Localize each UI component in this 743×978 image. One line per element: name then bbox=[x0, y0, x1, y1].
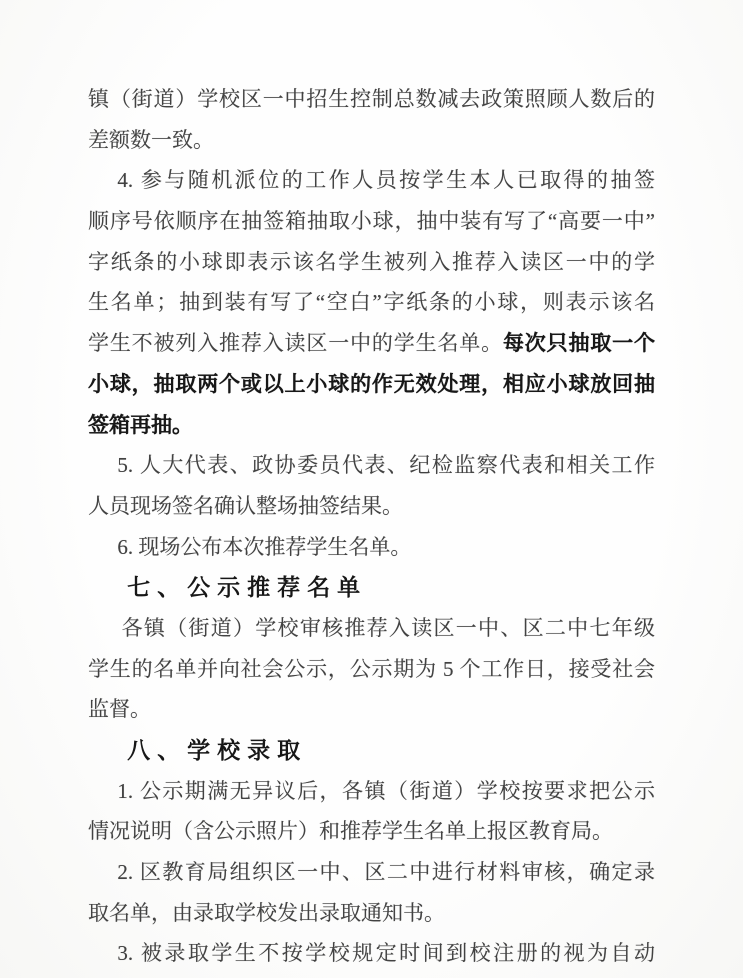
section-heading: 七、公示推荐名单 bbox=[88, 567, 655, 608]
text-line: 1. 公示期满无异议后，各镇（街道）学校按要求把公示 bbox=[88, 771, 655, 812]
text-line: 取名单，由录取学校发出录取通知书。 bbox=[88, 893, 655, 934]
text-segment: 取名单，由录取学校发出录取通知书。 bbox=[88, 901, 445, 925]
text-line: 学生不被列入推荐入读区一中的学生名单。每次只抽取一个 bbox=[88, 323, 655, 364]
text-segment: 2. 区教育局组织区一中、区二中进行材料审核，确定录 bbox=[117, 860, 655, 884]
text-line: 3. 被录取学生不按学校规定时间到校注册的视为自动 bbox=[88, 933, 655, 974]
text-segment: 镇（街道）学校区一中招生控制总数减去政策照顾人数后的 bbox=[88, 87, 655, 111]
text-line: 人员现场签名确认整场抽签结果。 bbox=[88, 486, 655, 527]
text-segment: 顺序号依顺序在抽签箱抽取小球，抽中装有写了“高要一中” bbox=[88, 209, 655, 233]
text-segment: 差额数一致。 bbox=[88, 128, 214, 152]
text-line: 情况说明（含公示照片）和推荐学生名单上报区教育局。 bbox=[88, 811, 655, 852]
bold-text-segment: 每次只抽取一个 bbox=[503, 331, 655, 355]
text-line: 2. 区教育局组织区一中、区二中进行材料审核，确定录 bbox=[88, 852, 655, 893]
document-content: 镇（街道）学校区一中招生控制总数减去政策照顾人数后的差额数一致。4. 参与随机派… bbox=[88, 79, 655, 974]
text-line: 顺序号依顺序在抽签箱抽取小球，抽中装有写了“高要一中” bbox=[88, 201, 655, 242]
section-heading: 八、学校录取 bbox=[88, 730, 655, 771]
bold-text-segment: 小球，抽取两个或以上小球的作无效处理，相应小球放回抽 bbox=[88, 372, 655, 396]
bold-text-segment: 签箱再抽。 bbox=[88, 413, 193, 437]
text-segment: 6. 现场公布本次推荐学生名单。 bbox=[117, 535, 411, 559]
text-line: 4. 参与随机派位的工作人员按学生本人已取得的抽签 bbox=[88, 160, 655, 201]
text-line: 5. 人大代表、政协委员代表、纪检监察代表和相关工作 bbox=[88, 445, 655, 486]
text-line: 签箱再抽。 bbox=[88, 405, 655, 446]
text-segment: 4. 参与随机派位的工作人员按学生本人已取得的抽签 bbox=[117, 168, 655, 192]
bold-text-segment: 八、学校录取 bbox=[127, 737, 307, 763]
text-segment: 各镇（街道）学校审核推荐入读区一中、区二中七年级 bbox=[122, 616, 655, 640]
bold-text-segment: 七、公示推荐名单 bbox=[127, 574, 367, 600]
text-line: 生名单；抽到装有写了“空白”字纸条的小球，则表示该名 bbox=[88, 282, 655, 323]
document-page: 镇（街道）学校区一中招生控制总数减去政策照顾人数后的差额数一致。4. 参与随机派… bbox=[0, 0, 743, 978]
text-segment: 学生的名单并向社会公示，公示期为 5 个工作日，接受社会 bbox=[88, 657, 655, 681]
text-segment: 字纸条的小球即表示该名学生被列入推荐入读区一中的学 bbox=[88, 250, 655, 274]
text-line: 监督。 bbox=[88, 689, 655, 730]
text-segment: 人员现场签名确认整场抽签结果。 bbox=[88, 494, 403, 518]
text-segment: 3. 被录取学生不按学校规定时间到校注册的视为自动 bbox=[117, 941, 655, 965]
text-line: 差额数一致。 bbox=[88, 120, 655, 161]
text-line: 小球，抽取两个或以上小球的作无效处理，相应小球放回抽 bbox=[88, 364, 655, 405]
text-segment: 监督。 bbox=[88, 697, 151, 721]
text-segment: 生名单；抽到装有写了“空白”字纸条的小球，则表示该名 bbox=[88, 290, 655, 314]
text-segment: 情况说明（含公示照片）和推荐学生名单上报区教育局。 bbox=[88, 819, 613, 843]
text-line: 镇（街道）学校区一中招生控制总数减去政策照顾人数后的 bbox=[88, 79, 655, 120]
text-segment: 1. 公示期满无异议后，各镇（街道）学校按要求把公示 bbox=[117, 779, 655, 803]
text-segment: 学生不被列入推荐入读区一中的学生名单。 bbox=[88, 331, 503, 355]
text-segment: 5. 人大代表、政协委员代表、纪检监察代表和相关工作 bbox=[117, 453, 655, 477]
text-line: 各镇（街道）学校审核推荐入读区一中、区二中七年级 bbox=[88, 608, 655, 649]
text-line: 6. 现场公布本次推荐学生名单。 bbox=[88, 527, 655, 568]
text-line: 字纸条的小球即表示该名学生被列入推荐入读区一中的学 bbox=[88, 242, 655, 283]
text-line: 学生的名单并向社会公示，公示期为 5 个工作日，接受社会 bbox=[88, 649, 655, 690]
